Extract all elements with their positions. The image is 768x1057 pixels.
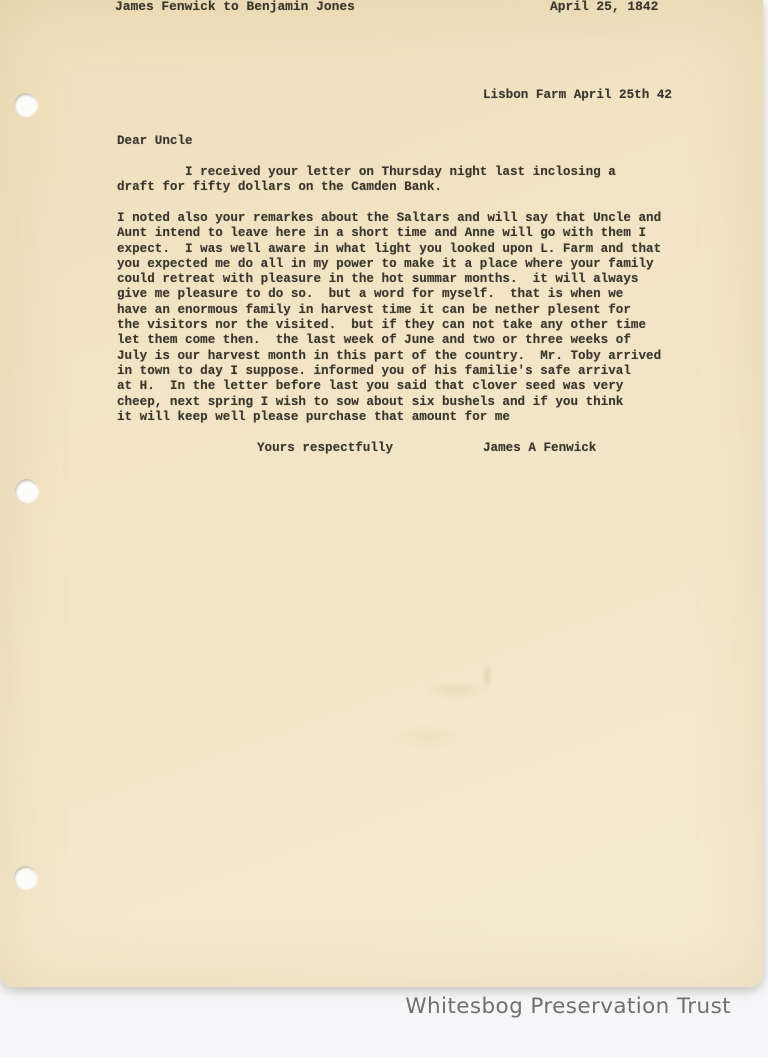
footer-credit: Whitesbog Preservation Trust (405, 994, 731, 1019)
letter-dateline: Lisbon Farm April 25th 42 (483, 88, 672, 103)
letter-salutation: Dear Uncle (117, 134, 193, 149)
punch-hole-bottom (14, 866, 37, 889)
letter-paragraph-1: I received your letter on Thursday night… (117, 165, 616, 196)
letter-closing: Yours respectfully (257, 441, 393, 456)
archive-header-correspondents: James Fenwick to Benjamin Jones (115, 0, 355, 14)
letter-page: James Fenwick to Benjamin Jones April 25… (0, 0, 763, 987)
archive-header-date: April 25, 1842 (550, 0, 658, 14)
punch-hole-top (14, 93, 37, 116)
letter-signature: James A Fenwick (483, 441, 596, 456)
scanned-document: James Fenwick to Benjamin Jones April 25… (0, 0, 768, 1057)
letter-paragraph-2: I noted also your remarkes about the Sal… (117, 211, 661, 425)
punch-hole-middle (15, 479, 38, 502)
